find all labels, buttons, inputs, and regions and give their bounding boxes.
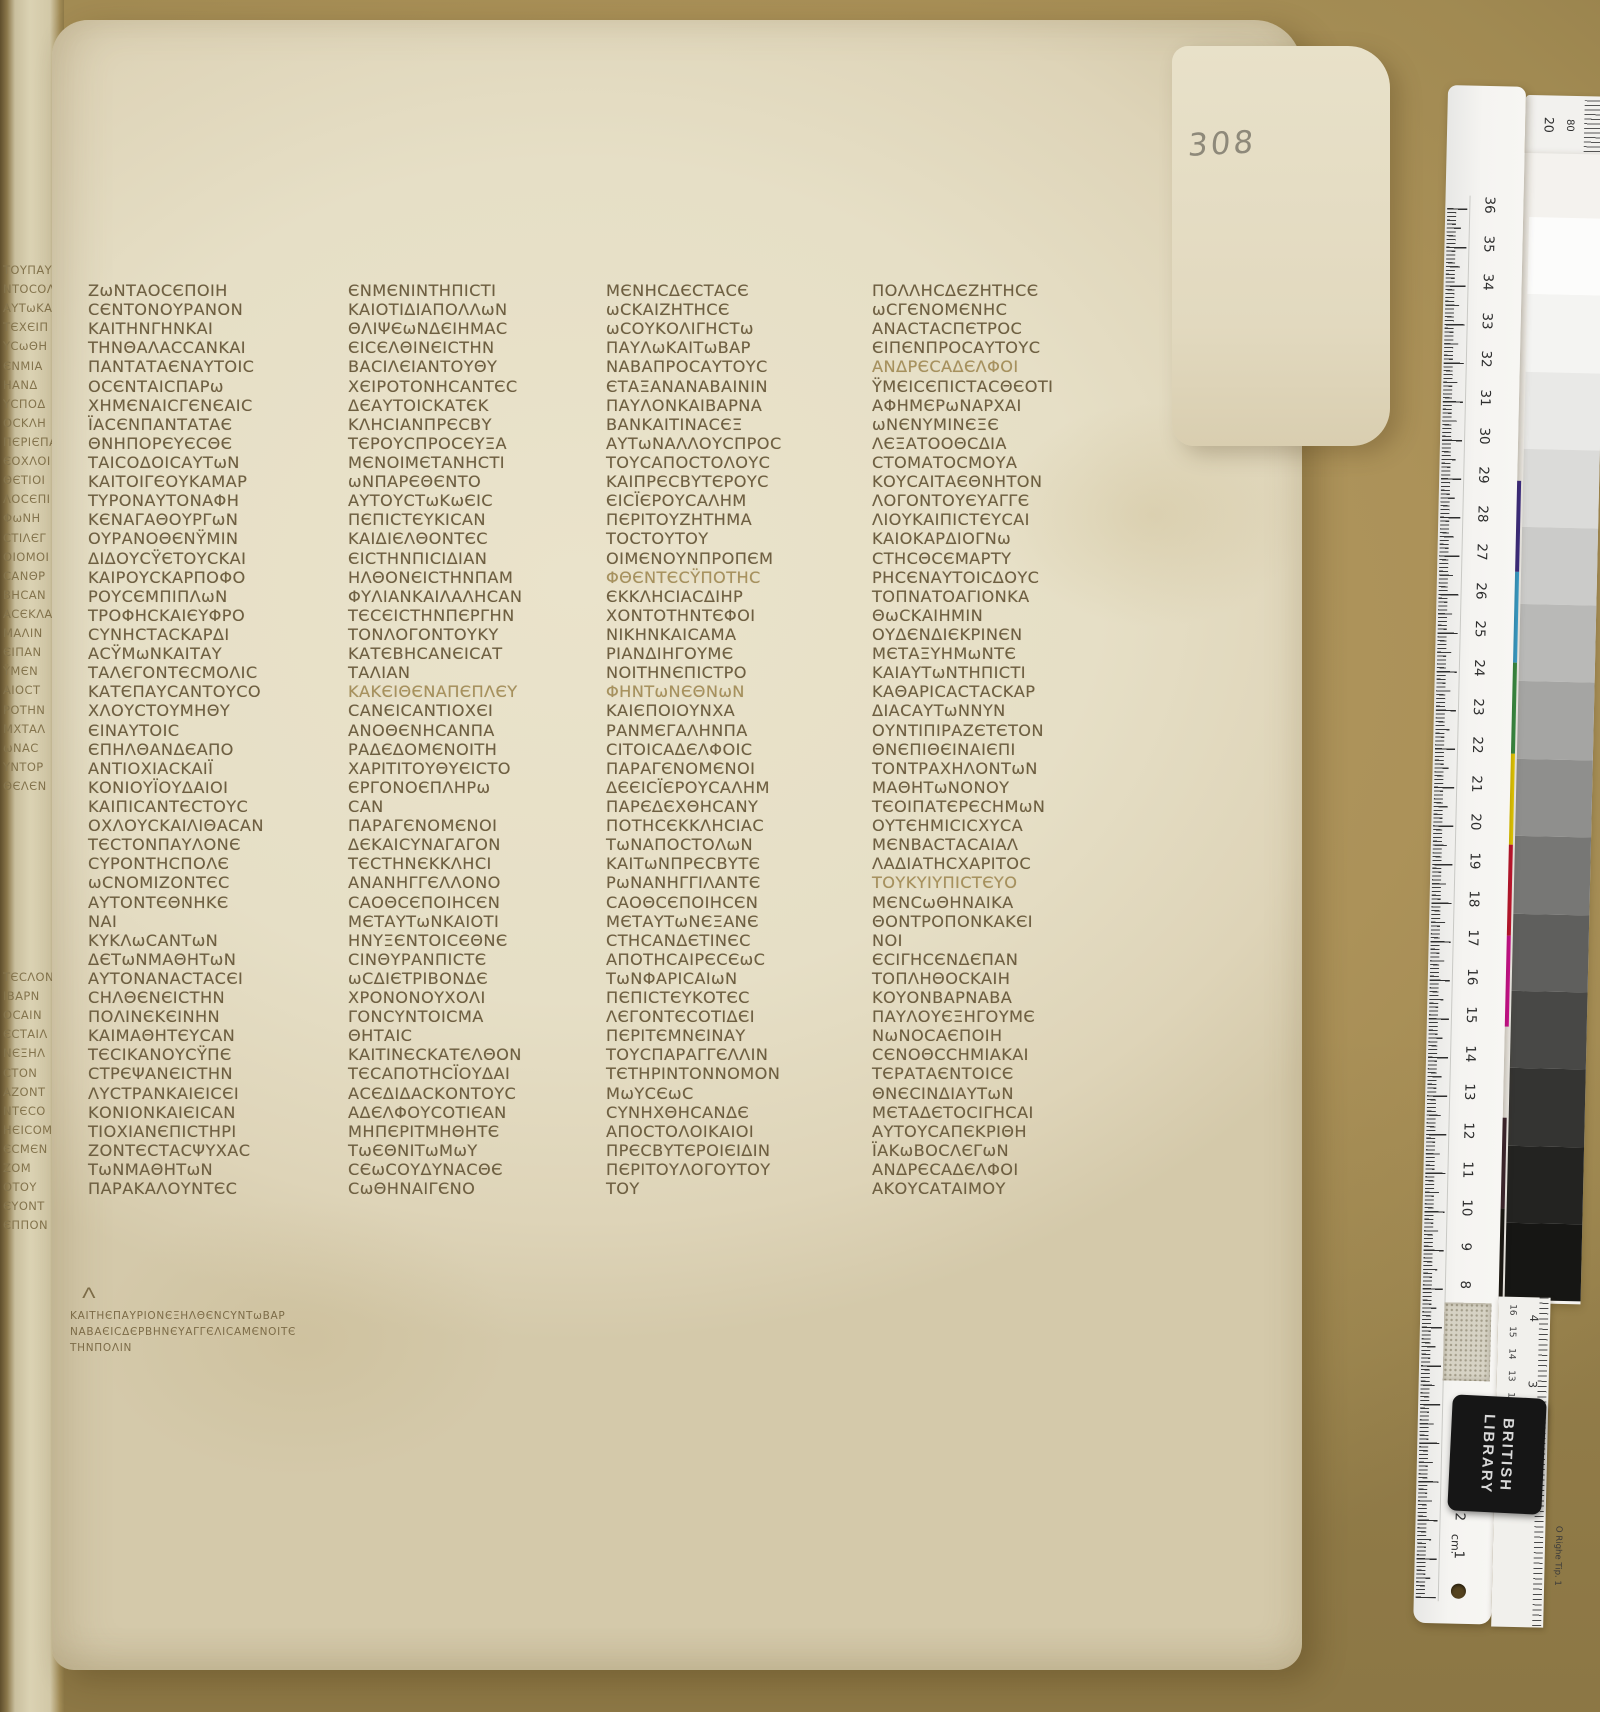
scale-number: 3 [1525,1376,1539,1392]
ruler-number: 26 [1472,579,1489,603]
ruler-top-extension: 20 80 [1524,95,1600,161]
gray-step [1517,681,1595,760]
ruler-unit-label: cm. [1448,1534,1461,1555]
ruler-number: 11 [1459,1157,1476,1181]
ruler-number: 19 [1466,849,1483,873]
ruler-number: 18 [1465,887,1482,911]
ruler-number: 10 [1458,1196,1475,1220]
gray-step [1519,604,1597,683]
ruler-number: 8 [1457,1273,1474,1297]
gray-step [1515,759,1593,838]
gray-step [1512,913,1590,992]
scale-number: 15 [1507,1324,1517,1340]
ruler-number: 34 [1479,270,1496,294]
ruler-number: 29 [1475,463,1492,487]
ruler-number: 15 [1463,1003,1480,1027]
ruler-maker-text: O Righe Tip. 1 [1552,1526,1563,1586]
gray-step [1522,449,1600,528]
ruler-number: 13 [1461,1080,1478,1104]
scale-number: 13 [1506,1368,1516,1384]
ruler-number: 32 [1478,347,1495,371]
ruler-number: 23 [1470,694,1487,718]
british-library-label-text: BRITISH LIBRARY [1475,1399,1518,1511]
ruler-top-label-20: 20 [1541,117,1556,133]
gray-step [1508,1068,1586,1147]
ruler-number: 33 [1478,309,1495,333]
gray-step [1506,1145,1584,1224]
ruler-number: 16 [1464,964,1481,988]
ruler-number: 25 [1471,617,1488,641]
ruler-number: 20 [1467,810,1484,834]
ruler-number: 30 [1476,424,1493,448]
calibration-target: 20 80 3635343332313029282726252423222120… [0,0,1600,1712]
scale-number: 14 [1506,1346,1516,1362]
ruler-number: 24 [1471,656,1488,680]
gray-step [1505,1223,1583,1302]
ruler-number: 17 [1464,926,1481,950]
ruler-top-label-80: 80 [1564,119,1575,132]
ruler-number: 12 [1460,1119,1477,1143]
ruler-number: 22 [1469,733,1486,757]
scale-number: 4 [1527,1310,1541,1326]
ruler-number: 14 [1462,1041,1479,1065]
gray-step [1513,836,1591,915]
ruler-top-extension-ticks [1584,100,1600,157]
ruler-number: 9 [1457,1234,1474,1258]
british-library-label: BRITISH LIBRARY [1447,1394,1547,1514]
speckled-reference-chip [1443,1302,1492,1381]
ruler-number: 31 [1477,386,1494,410]
gray-step [1526,294,1600,373]
gray-step [1510,991,1588,1070]
ruler-number: 21 [1468,771,1485,795]
gray-step [1524,372,1600,451]
ruler-number: 36 [1481,193,1498,217]
scale-number: 16 [1507,1302,1517,1318]
gray-step [1520,526,1598,605]
gray-step [1527,217,1600,296]
ruler-number: 27 [1473,540,1490,564]
ruler-number: 35 [1480,231,1497,255]
ruler-number: 28 [1474,501,1491,525]
